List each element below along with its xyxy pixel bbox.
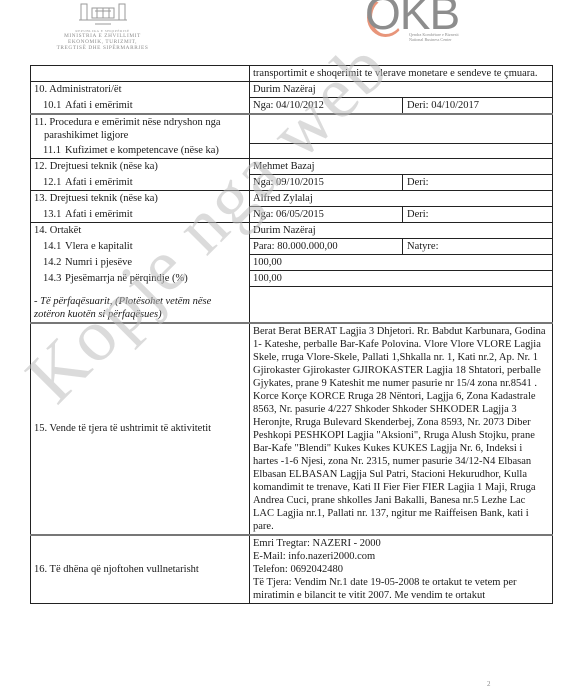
okb-logo: OKB Qendra Kombëtare e Biznesit National…: [365, 0, 495, 56]
table-row: 14.1Vlera e kapitalit Para: 80.000.000,0…: [31, 239, 553, 255]
label-line-2: parashikimet ligjore: [34, 129, 245, 142]
term-to: Deri:: [403, 176, 429, 189]
okb-subtitle: Qendra Kombëtare e Biznesit National Bus…: [409, 32, 459, 42]
table-row: 12.1Afati i emërimit Nga: 09/10/2015Deri…: [31, 175, 553, 191]
td1-term-label: 12.1Afati i emërimit: [31, 175, 250, 191]
term-to: Deri: 04/10/2017: [403, 99, 479, 112]
table-row: - Të përfaqësuarit, (Plotësohet vetëm në…: [31, 287, 553, 323]
technical-director-2-label: 13. Drejtuesi teknik (nëse ka): [31, 191, 250, 207]
label-number: 14.1: [43, 240, 65, 253]
ministry-name-line-3: TREGTISË DHE SIPËRMARRJES: [40, 45, 165, 51]
voluntary-info-label: 16. Të dhëna që njoftohen vullnetarisht: [31, 535, 250, 604]
admin-term-label: 10.1Afati i emërimit: [31, 98, 250, 115]
participation-percent-label: 14.3Pjesëmarrja në përqindje (%): [31, 271, 250, 287]
label-text: Kufizimet e kompetencave (nëse ka): [65, 145, 219, 156]
page-header: REPUBLIKA E SHQIPËRISË MINISTRIA E ZHVIL…: [0, 0, 564, 58]
label-text: Numri i pjesëve: [65, 257, 132, 268]
admin-term-value: Nga: 04/10/2012Deri: 04/10/2017: [250, 98, 553, 115]
table-row: 12. Drejtuesi teknik (nëse ka) Mehmet Ba…: [31, 159, 553, 175]
table-row: 10. Administratori/ët Durim Nazëraj: [31, 82, 553, 98]
label-number: 13.1: [43, 208, 65, 221]
ministry-emblem-icon: [75, 0, 131, 28]
capital-cash: Para: 80.000.000,00: [250, 239, 403, 254]
partners-value: Durim Nazëraj: [250, 223, 553, 239]
represented-value: [250, 287, 553, 323]
technical-director-1-label: 12. Drejtuesi teknik (nëse ka): [31, 159, 250, 175]
other-info: Të Tjera: Vendim Nr.1 date 19-05-2008 te…: [253, 576, 548, 602]
appointment-procedure-label: 11. Procedura e emërimit nëse ndryshon n…: [31, 114, 250, 143]
table-row: 13.1Afati i emërimit Nga: 06/05/2015Deri…: [31, 207, 553, 223]
label-text: Afati i emërimit: [65, 100, 133, 111]
capital-label: 14.1Vlera e kapitalit: [31, 239, 250, 255]
label-number: 14.3: [43, 272, 65, 285]
represented-label: - Të përfaqësuarit, (Plotësohet vetëm në…: [31, 287, 250, 323]
term-from: Nga: 09/10/2015: [250, 175, 403, 190]
participation-percent-value: 100,00: [250, 271, 553, 287]
capital-value: Para: 80.000.000,00Natyre:: [250, 239, 553, 255]
shares-count-label: 14.2Numri i pjesëve: [31, 255, 250, 271]
table-row: 15. Vende të tjera të ushtrimit të aktiv…: [31, 323, 553, 535]
page-number: 2: [487, 680, 491, 688]
td2-term-value: Nga: 06/05/2015Deri:: [250, 207, 553, 223]
administrators-label: 10. Administratori/ët: [31, 82, 250, 98]
term-from: Nga: 04/10/2012: [250, 98, 403, 113]
row9-label-cell: [31, 66, 250, 82]
label-line-1: 11. Procedura e emërimit nëse ndryshon n…: [34, 116, 245, 129]
capital-kind: Natyre:: [403, 240, 439, 253]
ministry-logo: REPUBLIKA E SHQIPËRISË MINISTRIA E ZHVIL…: [40, 0, 165, 56]
label-number: 14.2: [43, 256, 65, 269]
label-text: Pjesëmarrja në përqindje (%): [65, 273, 188, 284]
competence-limits-value: [250, 143, 553, 159]
administrators-value: Durim Nazëraj: [250, 82, 553, 98]
table-row: 14.3Pjesëmarrja në përqindje (%) 100,00: [31, 271, 553, 287]
td2-term-label: 13.1Afati i emërimit: [31, 207, 250, 223]
table-row: 10.1Afati i emërimit Nga: 04/10/2012Deri…: [31, 98, 553, 115]
table-row: 14. Ortakët Durim Nazëraj: [31, 223, 553, 239]
email: E-Mail: info.nazeri2000.com: [253, 550, 548, 563]
shares-count-value: 100,00: [250, 255, 553, 271]
table-row: 11. Procedura e emërimit nëse ndryshon n…: [31, 114, 553, 143]
trade-name: Emri Tregtar: NAZERI - 2000: [253, 537, 548, 550]
term-from: Nga: 06/05/2015: [250, 207, 403, 222]
competence-limits-label: 11.1Kufizimet e kompetencave (nëse ka): [31, 143, 250, 159]
table-row: 16. Të dhëna që njoftohen vullnetarisht …: [31, 535, 553, 604]
table-row: 11.1Kufizimet e kompetencave (nëse ka): [31, 143, 553, 159]
row9-continuation-value: transportimit e shoqerimit te vlerave mo…: [250, 66, 553, 82]
td1-term-value: Nga: 09/10/2015Deri:: [250, 175, 553, 191]
appointment-procedure-value: [250, 114, 553, 143]
label-number: 11.1: [43, 144, 65, 157]
technical-director-1-value: Mehmet Bazaj: [250, 159, 553, 175]
label-number: 10.1: [43, 99, 65, 112]
label-number: 12.1: [43, 176, 65, 189]
technical-director-2-value: Alfred Zylalaj: [250, 191, 553, 207]
table-row: 13. Drejtuesi teknik (nëse ka) Alfred Zy…: [31, 191, 553, 207]
label-text: Afati i emërimit: [65, 177, 133, 188]
label-text: Afati i emërimit: [65, 209, 133, 220]
voluntary-info-value: Emri Tregtar: NAZERI - 2000 E-Mail: info…: [250, 535, 553, 604]
registry-form-table: transportimit e shoqerimit te vlerave mo…: [30, 65, 553, 604]
label-text: Vlera e kapitalit: [65, 241, 133, 252]
partners-label: 14. Ortakët: [31, 223, 250, 239]
table-row: transportimit e shoqerimit te vlerave mo…: [31, 66, 553, 82]
other-locations-value: Berat Berat BERAT Lagjia 3 Dhjetori. Rr.…: [250, 323, 553, 535]
table-row: 14.2Numri i pjesëve 100,00: [31, 255, 553, 271]
okb-subtitle-line-2: National Business Center: [409, 37, 459, 42]
phone: Telefon: 0692042480: [253, 563, 548, 576]
term-to: Deri:: [403, 208, 429, 221]
other-locations-label: 15. Vende të tjera të ushtrimit të aktiv…: [31, 323, 250, 535]
